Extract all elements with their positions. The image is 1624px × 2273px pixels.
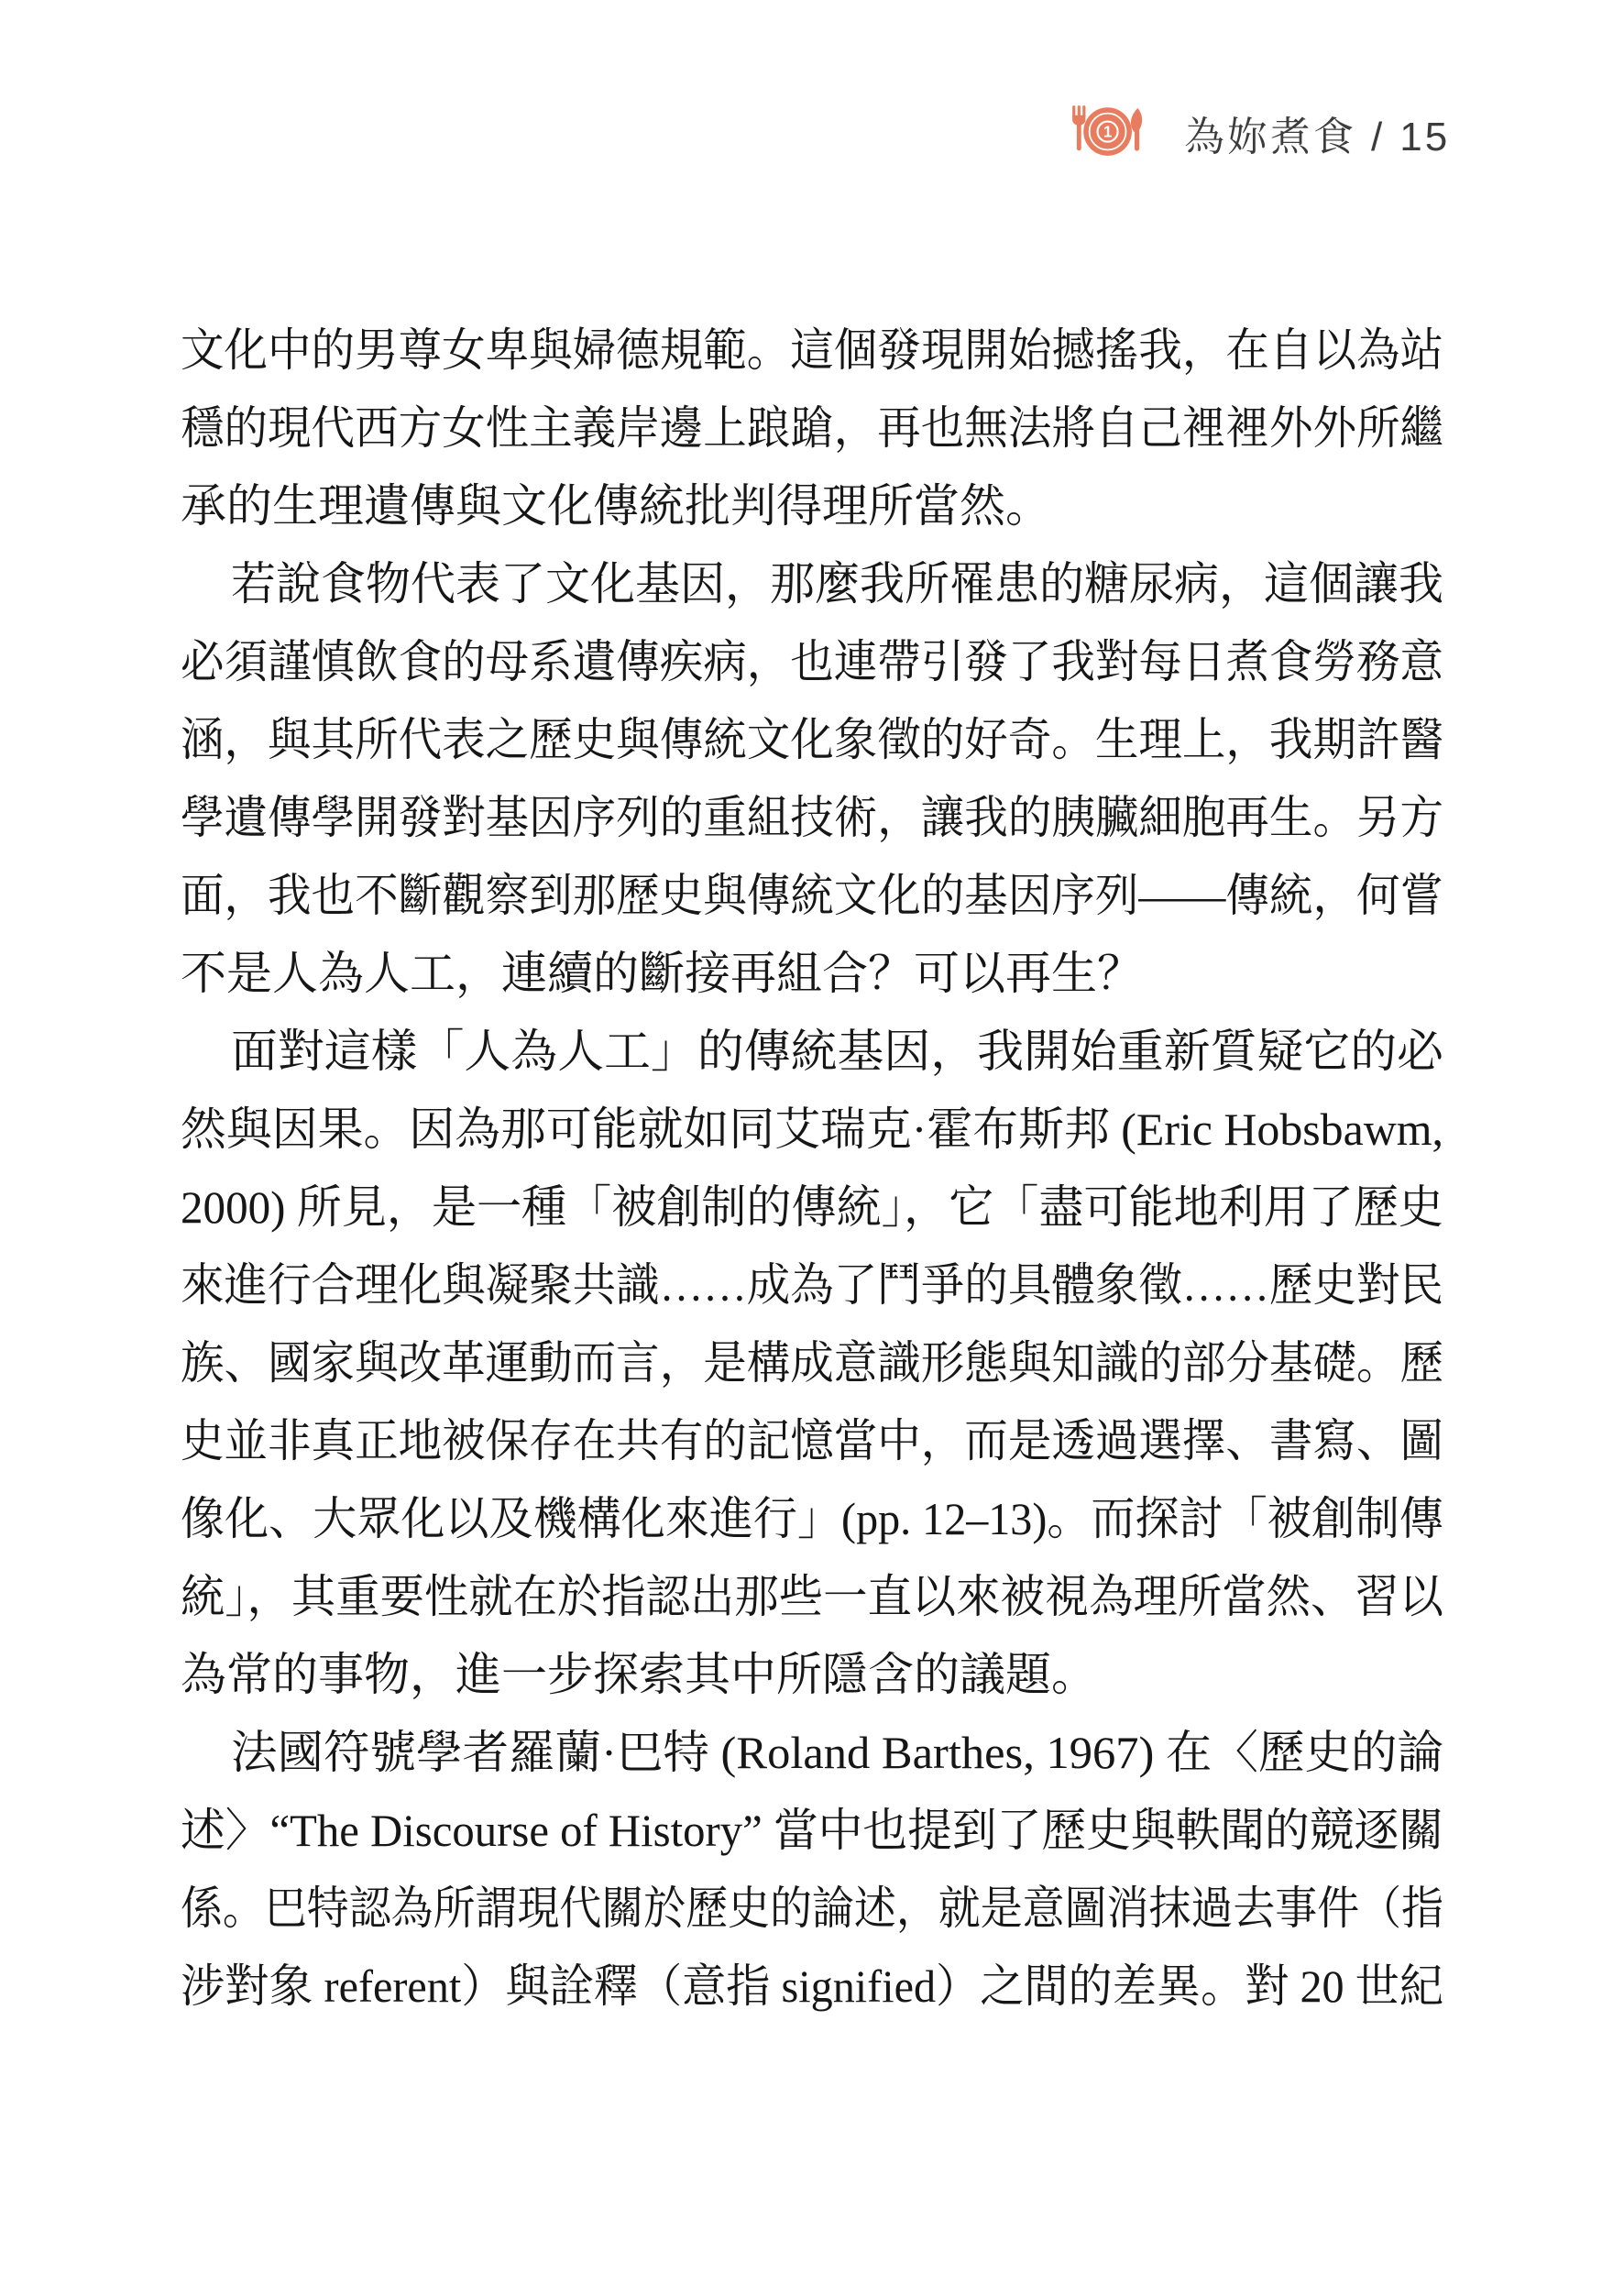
text-line: 文化中的男尊女卑與婦德規範。這個發現開始撼搖我，在自以為站	[181, 312, 1443, 390]
text-line-content: 族、國家與改革運動而言，是構成意識形態與知識的部分基礎。歷	[181, 1324, 1443, 1402]
text-line-content: 法國符號學者羅蘭·巴特 (Roland Barthes, 1967) 在〈歷史的…	[231, 1714, 1443, 1792]
text-line-content: 述〉“The Discourse of History” 當中也提到了歷史與軼聞…	[181, 1792, 1443, 1870]
text-line-content: 承的生理遺傳與文化傳統批判得理所當然。	[181, 467, 1051, 545]
text-line: 述〉“The Discourse of History” 當中也提到了歷史與軼聞…	[181, 1792, 1443, 1870]
text-line: 涵，與其所代表之歷史與傳統文化象徵的好奇。生理上，我期許醫	[181, 701, 1443, 779]
page-number: 15	[1399, 115, 1450, 160]
chapter-number: 1	[1103, 123, 1113, 140]
text-line: 像化、大眾化以及機構化來進行」(pp. 12–13)。而探討「被創制傳	[181, 1480, 1443, 1558]
text-line-content: 文化中的男尊女卑與婦德規範。這個發現開始撼搖我，在自以為站	[181, 312, 1443, 390]
text-line: 係。巴特認為所謂現代關於歷史的論述，就是意圖消抹過去事件（指	[181, 1870, 1443, 1948]
text-line: 史並非真正地被保存在共有的記憶當中，而是透過選擇、書寫、圖	[181, 1402, 1443, 1480]
text-line-content: 統」，其重要性就在於指認出那些一直以來被視為理所當然、習以	[181, 1558, 1443, 1636]
text-line: 必須謹慎飲食的母系遺傳疾病，也連帶引發了我對每日煮食勞務意	[181, 623, 1443, 701]
text-line: 2000) 所見，是一種「被創制的傳統」，它「盡可能地利用了歷史	[181, 1169, 1443, 1246]
text-line-content: 學遺傳學開發對基因序列的重組技術，讓我的胰臟細胞再生。另方	[181, 779, 1443, 857]
text-line: 學遺傳學開發對基因序列的重組技術，讓我的胰臟細胞再生。另方	[181, 779, 1443, 857]
running-head: 為妳煮食 / 15	[1184, 104, 1450, 162]
text-line: 面，我也不斷觀察到那歷史與傳統文化的基因序列——傳統，何嘗	[181, 857, 1443, 935]
page-header: 1 為妳煮食 / 15	[1070, 101, 1450, 165]
text-line: 來進行合理化與凝聚共識……成為了鬥爭的具體象徵……歷史對民	[181, 1246, 1443, 1324]
text-line-content: 為常的事物，進一步探索其中所隱含的議題。	[181, 1636, 1097, 1714]
text-line: 若說食物代表了文化基因，那麼我所罹患的糖尿病，這個讓我	[181, 545, 1443, 623]
text-line-content: 2000) 所見，是一種「被創制的傳統」，它「盡可能地利用了歷史	[181, 1169, 1443, 1246]
text-line: 為常的事物，進一步探索其中所隱含的議題。	[181, 1636, 1443, 1714]
text-line-content: 涵，與其所代表之歷史與傳統文化象徵的好奇。生理上，我期許醫	[181, 701, 1443, 779]
text-line-content: 然與因果。因為那可能就如同艾瑞克·霍布斯邦 (Eric Hobsbawm,	[181, 1091, 1443, 1169]
fork-plate-knife-icon: 1	[1070, 101, 1147, 165]
text-line: 面對這樣「人為人工」的傳統基因，我開始重新質疑它的必	[181, 1013, 1443, 1091]
text-line: 統」，其重要性就在於指認出那些一直以來被視為理所當然、習以	[181, 1558, 1443, 1636]
text-line-content: 不是人為人工，連續的斷接再組合？可以再生？	[181, 935, 1143, 1013]
text-line-content: 穩的現代西方女性主義岸邊上踉蹌，再也無法將自己裡裡外外所繼	[181, 390, 1443, 467]
header-separator-slash: /	[1371, 115, 1385, 160]
text-line-content: 面對這樣「人為人工」的傳統基因，我開始重新質疑它的必	[231, 1013, 1443, 1091]
text-line-content: 來進行合理化與凝聚共識……成為了鬥爭的具體象徵……歷史對民	[181, 1246, 1443, 1324]
text-line-content: 史並非真正地被保存在共有的記憶當中，而是透過選擇、書寫、圖	[181, 1402, 1443, 1480]
text-line: 族、國家與改革運動而言，是構成意識形態與知識的部分基礎。歷	[181, 1324, 1443, 1402]
text-line: 承的生理遺傳與文化傳統批判得理所當然。	[181, 467, 1443, 545]
text-line-content: 像化、大眾化以及機構化來進行」(pp. 12–13)。而探討「被創制傳	[181, 1480, 1443, 1558]
text-line: 穩的現代西方女性主義岸邊上踉蹌，再也無法將自己裡裡外外所繼	[181, 390, 1443, 467]
text-line-content: 必須謹慎飲食的母系遺傳疾病，也連帶引發了我對每日煮食勞務意	[181, 623, 1443, 701]
text-line: 然與因果。因為那可能就如同艾瑞克·霍布斯邦 (Eric Hobsbawm,	[181, 1091, 1443, 1169]
page-body: 文化中的男尊女卑與婦德規範。這個發現開始撼搖我，在自以為站穩的現代西方女性主義岸…	[181, 312, 1443, 2026]
book-title: 為妳煮食	[1184, 104, 1356, 162]
text-line: 法國符號學者羅蘭·巴特 (Roland Barthes, 1967) 在〈歷史的…	[181, 1714, 1443, 1792]
text-line-content: 若說食物代表了文化基因，那麼我所罹患的糖尿病，這個讓我	[231, 545, 1443, 623]
text-line: 不是人為人工，連續的斷接再組合？可以再生？	[181, 935, 1443, 1013]
text-line: 涉對象 referent）與詮釋（意指 signified）之間的差異。對 20…	[181, 1948, 1443, 2026]
book-page: 1 為妳煮食 / 15 文化中的男尊女卑與婦德規範。這個發現開始撼搖我，在自以為…	[0, 0, 1624, 2273]
text-line-content: 涉對象 referent）與詮釋（意指 signified）之間的差異。對 20…	[181, 1948, 1443, 2026]
text-line-content: 面，我也不斷觀察到那歷史與傳統文化的基因序列——傳統，何嘗	[181, 857, 1443, 935]
text-line-content: 係。巴特認為所謂現代關於歷史的論述，就是意圖消抹過去事件（指	[181, 1870, 1443, 1948]
